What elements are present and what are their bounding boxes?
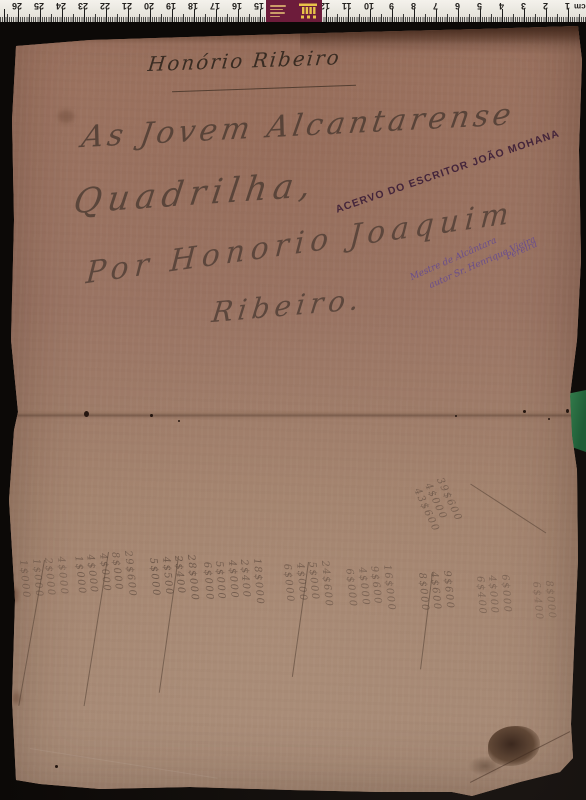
- ruler-number: 15: [254, 1, 264, 11]
- pencil-column: 9$6004$6008$000: [415, 570, 456, 612]
- ruler-number: 3: [521, 1, 526, 11]
- ruler-number: 5: [477, 1, 482, 11]
- fold-speck: [150, 414, 153, 417]
- ruler-number: 11: [342, 1, 352, 11]
- ruler-number: 22: [100, 1, 110, 11]
- fold-speck: [566, 409, 569, 413]
- ruler-number: 4: [499, 1, 504, 11]
- ruler-number: 19: [166, 1, 176, 11]
- pencil-value: 6$400: [473, 576, 488, 616]
- archival-scan-viewport: { "colors":{ "paper-base":"#9a7463", "ca…: [0, 0, 586, 800]
- ruler-number: 8: [411, 1, 416, 11]
- library-emblem-icon: [298, 3, 318, 19]
- ruler-number: 17: [210, 1, 220, 11]
- ruler-number: 7: [433, 1, 438, 11]
- ruler-number: 24: [56, 1, 66, 11]
- ruler-number: 10: [364, 1, 374, 11]
- measuring-ruler: 1234567891011121314151617181920212223242…: [0, 0, 586, 22]
- pencil-column: 6$0004$0006$400: [473, 574, 513, 616]
- ruler-number: 1: [565, 1, 570, 11]
- paper-top-shadow: [300, 24, 586, 54]
- ruler-number: 16: [232, 1, 242, 11]
- fold-speck: [84, 411, 89, 417]
- fold-speck: [178, 420, 180, 422]
- calibration-block: [266, 0, 322, 22]
- pencil-column: 18$0002$4004$0005$0006$000: [200, 558, 266, 609]
- ruler-number: 18: [188, 1, 198, 11]
- pencil-column: 8$0006$400: [529, 580, 557, 621]
- ruler-number: 6: [455, 1, 460, 11]
- ruler-number: 23: [78, 1, 88, 11]
- speck: [55, 765, 58, 768]
- ruler-number: 25: [34, 1, 44, 11]
- calibration-text-lines: [270, 5, 286, 17]
- pencil-column: 16$0009$6004$0006$000: [342, 564, 397, 616]
- fold-speck: [523, 410, 526, 413]
- fold-speck: [548, 418, 550, 420]
- manuscript-paper: Honório Ribeiro As Jovem Alcantarense Qu…: [0, 0, 586, 800]
- ruler-number: 20: [144, 1, 154, 11]
- ruler-unit-label: cm: [574, 2, 586, 11]
- edge-smudge: [6, 586, 18, 604]
- fold-speck: [455, 415, 457, 417]
- ruler-number: 2: [543, 1, 548, 11]
- ruler-number: 21: [122, 1, 132, 11]
- ruler-number: 26: [12, 1, 22, 11]
- smudge: [58, 110, 74, 123]
- pencil-value: 6$000: [498, 574, 513, 614]
- ruler-number: 9: [389, 1, 394, 11]
